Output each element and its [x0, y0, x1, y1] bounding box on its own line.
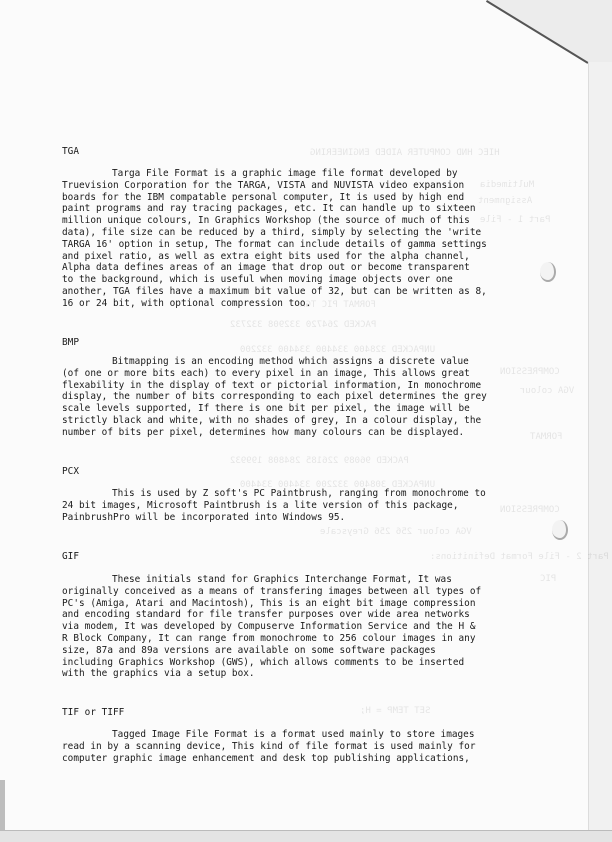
text-line: Tagged Image File Format is a format use…: [62, 729, 562, 741]
text-line: R Block Company, It can range from monoc…: [62, 633, 562, 645]
text-line: This is used by Z soft's PC Paintbrush, …: [62, 488, 562, 500]
section-paragraph-pcx: This is used by Z soft's PC Paintbrush, …: [62, 488, 562, 523]
text-line: PainbrushPro will be incorporated into W…: [62, 512, 562, 524]
text-line: TARGA 16' option in setup, The format ca…: [62, 239, 562, 251]
text-line: size, 87a and 89a versions are available…: [62, 645, 562, 657]
section-heading-pcx: PCX: [62, 466, 79, 478]
text-line: with the graphics via a setup box.: [62, 668, 562, 680]
section-paragraph-gif: These initials stand for Graphics Interc…: [62, 574, 562, 680]
text-line: Bitmapping is an encoding method which a…: [62, 356, 562, 368]
text-line: data), file size can be reduced by a thi…: [62, 227, 562, 239]
text-line: including Graphics Workshop (GWS), which…: [62, 657, 562, 669]
text-line: and pixel ratio, as well as extra eight …: [62, 251, 562, 263]
section-paragraph-bmp: Bitmapping is an encoding method which a…: [62, 356, 562, 439]
text-line: to the background, which is useful when …: [62, 274, 562, 286]
bleed-through-text: SET TEMP = H;: [360, 706, 430, 716]
text-line: read in by a scanning device, This kind …: [62, 741, 562, 753]
text-line: Alpha data defines areas of an image tha…: [62, 262, 562, 274]
scanner-background-bottom: [0, 830, 612, 842]
text-line: Targa File Format is a graphic image fil…: [62, 168, 562, 180]
text-line: via modem, It was developed by Compuserv…: [62, 621, 562, 633]
bleed-through-text: Part 2 - File Format Definitions:: [430, 552, 609, 562]
text-line: Truevision Corporation for the TARGA, VI…: [62, 180, 562, 192]
text-line: another, TGA files have a maximum bit va…: [62, 286, 562, 298]
text-line: boards for the IBM compatable personal c…: [62, 192, 562, 204]
scanner-background-right: [588, 62, 612, 842]
text-line: paint programs and ray tracing packages,…: [62, 203, 562, 215]
text-line: These initials stand for Graphics Interc…: [62, 574, 562, 586]
text-line: (of one or more bits each) to every pixe…: [62, 368, 562, 380]
text-line: flexability in the display of text or pi…: [62, 380, 562, 392]
text-line: computer graphic image enhancement and d…: [62, 753, 562, 765]
text-line: million unique colours, In Graphics Work…: [62, 215, 562, 227]
section-paragraph-tga: Targa File Format is a graphic image fil…: [62, 168, 562, 310]
bleed-through-text: PACKED 96089 226185 284808 199932: [230, 456, 409, 466]
text-line: 24 bit images, Microsoft Paintbrush is a…: [62, 500, 562, 512]
text-line: PC's (Amiga, Atari and Macintosh), This …: [62, 598, 562, 610]
bleed-through-text: VGA colour 256 256 Greyscale: [320, 527, 472, 537]
section-heading-gif: GIF: [62, 551, 79, 563]
text-line: strictly black and white, with no shades…: [62, 415, 562, 427]
text-line: 16 or 24 bit, with optional compression …: [62, 298, 562, 310]
text-line: scale levels supported, If there is one …: [62, 403, 562, 415]
bleed-through-text: HIEC HND COMPUTER AIDED ENGINEERING: [310, 148, 500, 158]
text-line: display, the number of bits correspondin…: [62, 391, 562, 403]
page-shadow-edge: [0, 780, 5, 830]
bleed-through-text: PACKED 264720 332908 332732: [230, 320, 376, 330]
text-line: originally conceived as a means of trans…: [62, 586, 562, 598]
bleed-through-text: UNPACKED 328400 334400 334400 332200: [240, 345, 435, 355]
section-paragraph-tif: Tagged Image File Format is a format use…: [62, 729, 562, 764]
section-heading-tif: TIF or TIFF: [62, 707, 124, 719]
section-heading-bmp: BMP: [62, 337, 79, 349]
text-line: number of bits per pixel, determines how…: [62, 427, 562, 439]
text-line: and encoding standard for file transfer …: [62, 609, 562, 621]
section-heading-tga: TGA: [62, 146, 79, 158]
